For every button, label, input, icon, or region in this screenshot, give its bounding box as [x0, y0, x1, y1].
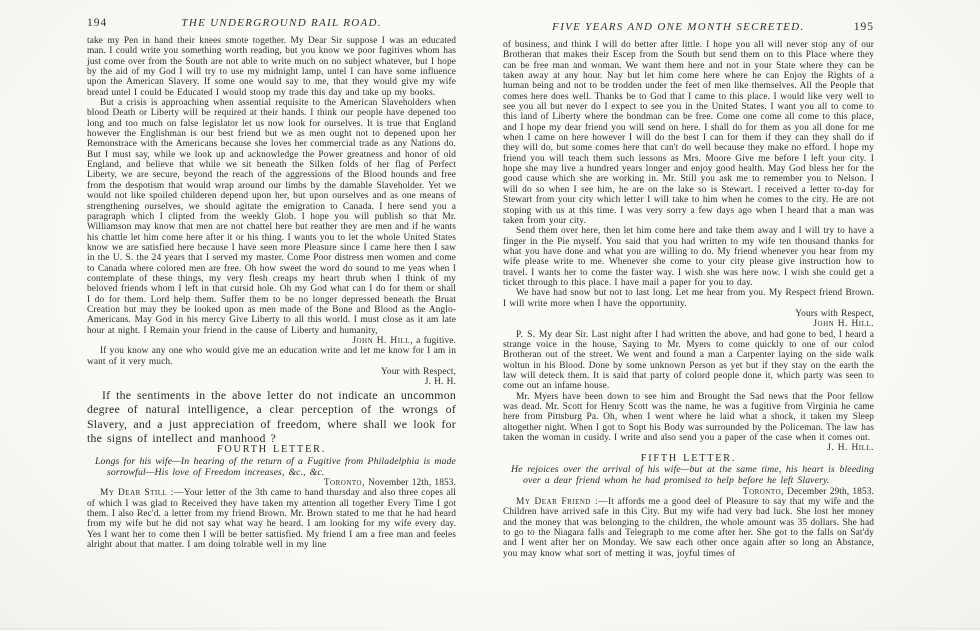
text-run: Mr. Myers have been down to see him and … [503, 392, 874, 443]
block-cont: of business, and think I will do better … [503, 40, 874, 226]
text-run: J. H. H. [425, 377, 456, 387]
page-right: FIVE YEARS AND ONE MONTH SECRETED. 195 o… [503, 0, 874, 559]
block-para: My Dear Friend :—It affords me a good de… [503, 497, 874, 559]
small-caps-lead: J. H. Hill. [827, 443, 874, 453]
block-byline: Yours with Respect, [503, 309, 874, 319]
text-run: He rejoices over the arrival of his wife… [511, 464, 874, 486]
page-number-left: 194 [87, 17, 107, 29]
block-para-large: If the sentiments in the above letter do… [87, 388, 456, 446]
small-caps-lead: Toronto, [743, 487, 784, 497]
page-left-body: take my Pen in hand their knees smote to… [87, 36, 456, 550]
block-para-gap: P. S. My dear Sir. Last night after I ha… [503, 330, 874, 392]
block-para: If you know any one who would give me an… [87, 346, 456, 367]
running-title-left: THE UNDERGROUND RAIL ROAD. [107, 17, 456, 29]
block-subtitle: Longs for his wife—In hearing of the ret… [87, 456, 456, 478]
text-run: FIFTH LETTER. [641, 453, 736, 464]
running-title-right: FIVE YEARS AND ONE MONTH SECRETED. [503, 21, 854, 33]
text-run: But a crisis is approaching when assenti… [87, 98, 456, 336]
small-caps-lead: P. S. [516, 330, 536, 340]
small-caps-lead: John H. Hill, [352, 336, 413, 346]
text-run: of business, and think I will do better … [503, 40, 874, 226]
small-caps-lead: John H. Hill. [813, 319, 874, 329]
small-caps-lead: Toronto, [324, 478, 365, 488]
text-run: FOURTH LETTER. [217, 444, 326, 455]
block-para: My Dear Still :—Your letter of the 3th c… [87, 488, 456, 550]
scan-bottom-edge [0, 628, 980, 629]
block-heading: FOURTH LETTER. [87, 445, 456, 455]
block-dateline: Toronto, November 12th, 1853. [87, 478, 456, 488]
page-right-body: of business, and think I will do better … [503, 40, 874, 559]
block-sig: John H. Hill, a fugitive. [87, 336, 456, 346]
text-run: Send them over here, then let him come h… [503, 226, 874, 288]
book-spread: 194 THE UNDERGROUND RAIL ROAD. take my P… [0, 0, 980, 631]
block-dateline: Toronto, December 29th, 1853. [503, 487, 874, 497]
page-left: 194 THE UNDERGROUND RAIL ROAD. take my P… [87, 0, 456, 550]
page-number-right: 195 [854, 21, 874, 33]
page-left-header: 194 THE UNDERGROUND RAIL ROAD. [87, 17, 456, 29]
block-sig: J. H. H. [87, 377, 456, 387]
block-heading: FIFTH LETTER. [503, 454, 874, 464]
text-run: a fugitive. [413, 336, 456, 346]
block-sig: John H. Hill. [503, 319, 874, 329]
block-byline: Your with Respect, [87, 367, 456, 377]
block-para: We have had snow but not to last long. L… [503, 288, 874, 309]
block-subtitle: He rejoices over the arrival of his wife… [503, 464, 874, 486]
text-run: It affords me a good deel of Pleasure to… [503, 497, 874, 559]
text-run: take my Pen in hand their knees smote to… [87, 36, 456, 98]
block-para: Send them over here, then let him come h… [503, 226, 874, 288]
text-run: Longs for his wife—In hearing of the ret… [95, 456, 456, 478]
small-caps-lead: My Dear Friend :— [516, 497, 608, 507]
text-run: If you know any one who would give me an… [87, 346, 456, 366]
text-run: Yours with Respect, [795, 309, 874, 319]
text-run: If the sentiments in the above letter do… [87, 388, 456, 445]
block-para: Mr. Myers have been down to see him and … [503, 392, 874, 444]
small-caps-lead: My Dear Still :— [100, 488, 184, 498]
page-right-header: FIVE YEARS AND ONE MONTH SECRETED. 195 [503, 21, 874, 33]
text-run: November 12th, 1853. [365, 478, 456, 488]
text-run: Your with Respect, [381, 367, 456, 377]
text-run: My dear Sir. Last night after I had writ… [503, 330, 874, 392]
text-run: December 29th, 1853. [784, 487, 874, 497]
block-cont: take my Pen in hand their knees smote to… [87, 36, 456, 98]
text-run: We have had snow but not to last long. L… [503, 288, 874, 308]
block-para: But a crisis is approaching when assenti… [87, 98, 456, 336]
